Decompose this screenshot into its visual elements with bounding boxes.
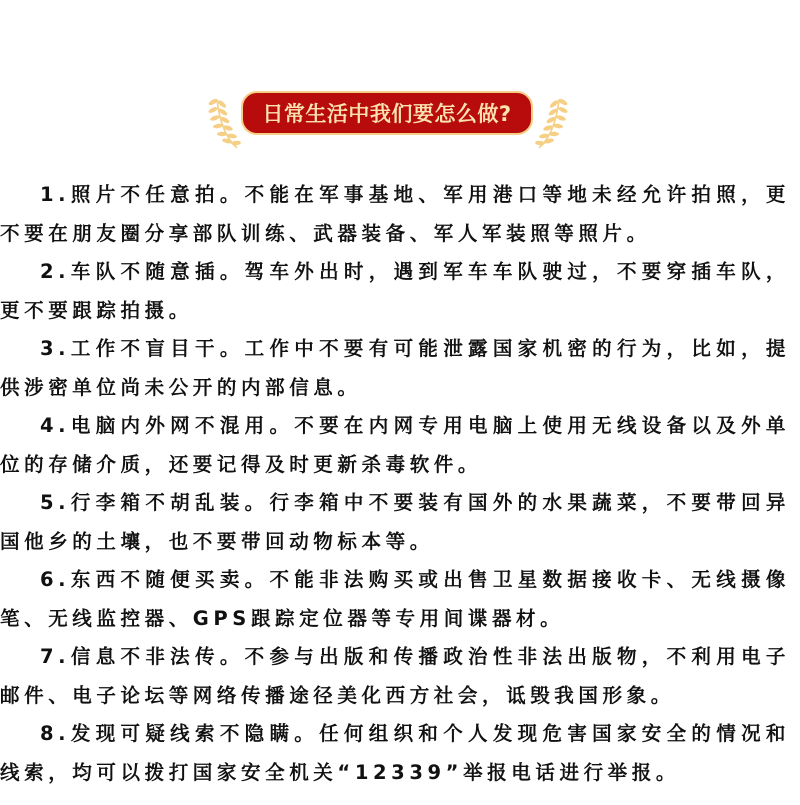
guideline-item-8: 8.发现可疑线索不隐瞒。任何组织和个人发现危害国家安全的情况和线索，均可以拨打国… — [0, 715, 790, 792]
title-banner: 日常生活中我们要怎么做? — [241, 91, 533, 135]
guideline-item-1: 1.照片不任意拍。不能在军事基地、军用港口等地未经允许拍照，更不要在朋友圈分享部… — [0, 176, 790, 253]
laurel-left-icon — [203, 94, 243, 150]
laurel-right-icon — [533, 94, 573, 150]
guideline-item-6: 6.东西不随便买卖。不能非法购买或出售卫星数据接收卡、无线摄像笔、无线监控器、G… — [0, 561, 790, 638]
section-header: 日常生活中我们要怎么做? — [0, 88, 800, 150]
guideline-item-3: 3.工作不盲目干。工作中不要有可能泄露国家机密的行为，比如，提供涉密单位尚未公开… — [0, 330, 790, 407]
guideline-item-4: 4.电脑内外网不混用。不要在内网专用电脑上使用无线设备以及外单位的存储介质，还要… — [0, 407, 790, 484]
guideline-item-2: 2.车队不随意插。驾车外出时，遇到军车车队驶过，不要穿插车队，更不要跟踪拍摄。 — [0, 253, 790, 330]
section-title: 日常生活中我们要怎么做? — [262, 98, 511, 128]
guidelines-list: 1.照片不任意拍。不能在军事基地、军用港口等地未经允许拍照，更不要在朋友圈分享部… — [0, 176, 790, 792]
guideline-item-5: 5.行李箱不胡乱装。行李箱中不要装有国外的水果蔬菜，不要带回异国他乡的土壤，也不… — [0, 484, 790, 561]
guideline-item-7: 7.信息不非法传。不参与出版和传播政治性非法出版物，不利用电子邮件、电子论坛等网… — [0, 638, 790, 715]
